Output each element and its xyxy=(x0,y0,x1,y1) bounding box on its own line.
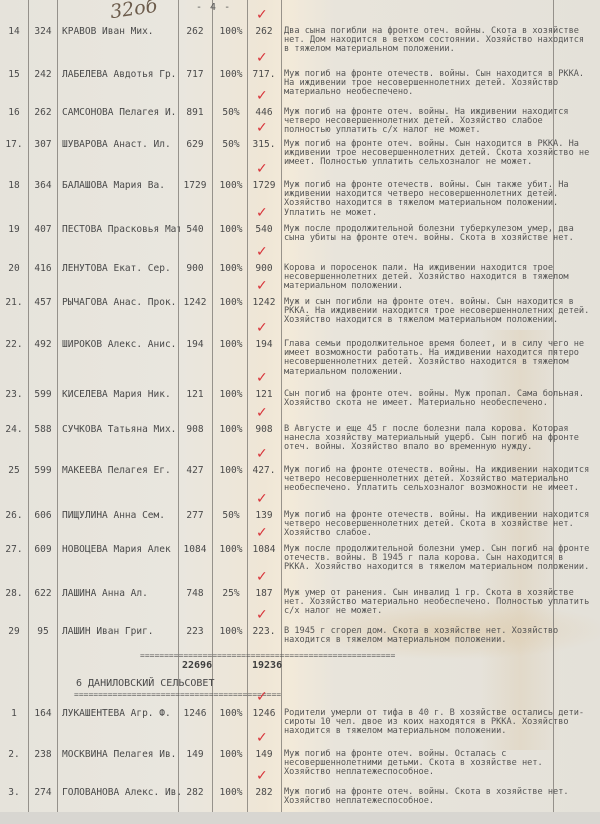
row-number: 17. xyxy=(2,140,26,150)
taxpayer-name: МАКЕЕВА Пелагея Ег. xyxy=(62,466,180,476)
relief-amount: 540 xyxy=(249,225,279,235)
column-rule xyxy=(28,0,29,824)
reason-text: Муж после продолжительной болезни умер. … xyxy=(284,545,594,573)
taxpayer-name: МОСКВИНА Пелагея Ив. xyxy=(62,750,180,760)
household-id: 457 xyxy=(30,298,56,308)
red-check-mark-icon: ✓ xyxy=(256,491,268,507)
taxpayer-name: РЫЧАГОВА Анас. Прок. xyxy=(62,298,180,308)
relief-percent: 25% xyxy=(214,589,248,599)
row-number: 21. xyxy=(2,298,26,308)
reason-text: Муж погиб на фронте отеч. войны. Сын нах… xyxy=(284,140,594,168)
relief-percent: 100% xyxy=(214,264,248,274)
reason-text: Муж умер от ранения. Сын инвалид 1 гр. С… xyxy=(284,589,594,617)
household-id: 599 xyxy=(30,466,56,476)
taxpayer-name: ШИРОКОВ Алекс. Анис. xyxy=(62,340,180,350)
household-id: 416 xyxy=(30,264,56,274)
red-check-mark-icon: ✓ xyxy=(256,320,268,336)
row-number: 24. xyxy=(2,425,26,435)
household-id: 622 xyxy=(30,589,56,599)
reason-text: Муж погиб на фронте отеч. войны. Осталас… xyxy=(284,750,594,778)
taxpayer-name: ЛАШИНА Анна Ал. xyxy=(62,589,180,599)
relief-percent: 50% xyxy=(214,511,248,521)
taxpayer-name: ЛЕНУТОВА Екат. Сер. xyxy=(62,264,180,274)
household-id: 324 xyxy=(30,27,56,37)
row-number: 23. xyxy=(2,390,26,400)
reason-text: Муж погиб на фронте отеч. войны. На ижди… xyxy=(284,108,594,136)
assessed-tax: 282 xyxy=(180,788,210,798)
red-check-mark-icon: ✓ xyxy=(256,569,268,585)
taxpayer-name: НОВОЦЕВА Мария Алек xyxy=(62,545,180,555)
household-id: 407 xyxy=(30,225,56,235)
row-number: 26. xyxy=(2,511,26,521)
household-id: 609 xyxy=(30,545,56,555)
household-id: 95 xyxy=(30,627,56,637)
column-rule xyxy=(212,0,213,824)
assessed-tax: 1246 xyxy=(180,709,210,719)
row-number: 1 xyxy=(2,709,26,719)
row-number: 22. xyxy=(2,340,26,350)
red-check-mark-icon: ✓ xyxy=(256,768,268,784)
household-id: 492 xyxy=(30,340,56,350)
household-id: 274 xyxy=(30,788,56,798)
row-number: 2. xyxy=(2,750,26,760)
taxpayer-name: БАЛАШОВА Мария Ва. xyxy=(62,181,180,191)
reason-text: Муж погиб на фронте отечеств. войны. На … xyxy=(284,511,594,539)
relief-amount: 187 xyxy=(249,589,279,599)
row-number: 27. xyxy=(2,545,26,555)
assessed-tax: 908 xyxy=(180,425,210,435)
household-id: 262 xyxy=(30,108,56,118)
red-check-mark-icon: ✓ xyxy=(256,88,268,104)
section-title: 6 ДАНИЛОВСКИЙ СЕЛЬСОВЕТ xyxy=(76,678,214,689)
assessed-tax: 277 xyxy=(180,511,210,521)
relief-amount: 194 xyxy=(249,340,279,350)
assessed-tax: 1084 xyxy=(180,545,210,555)
relief-amount: 900 xyxy=(249,264,279,274)
assessed-tax: 1729 xyxy=(180,181,210,191)
red-check-mark-icon: ✓ xyxy=(256,7,268,23)
reason-text: Муж погиб на фронте отечеств. войны. Сын… xyxy=(284,70,594,98)
red-check-mark-icon: ✓ xyxy=(256,689,268,705)
red-check-mark-icon: ✓ xyxy=(256,120,268,136)
row-number: 25 xyxy=(2,466,26,476)
red-check-mark-icon: ✓ xyxy=(256,278,268,294)
relief-percent: 100% xyxy=(214,425,248,435)
column-rule xyxy=(247,0,248,824)
column-rule xyxy=(281,0,282,824)
assessed-tax: 900 xyxy=(180,264,210,274)
reason-text: Родители умерли от тифа в 40 г. В хозяйс… xyxy=(284,709,594,737)
household-id: 364 xyxy=(30,181,56,191)
red-check-mark-icon: ✓ xyxy=(256,525,268,541)
row-number: 14 xyxy=(2,27,26,37)
reason-text: В Августе и еще 45 г после болезни пала … xyxy=(284,425,594,453)
relief-percent: 100% xyxy=(214,298,248,308)
taxpayer-name: ЛУКАШЕНТЕВА Агр. Ф. xyxy=(62,709,180,719)
red-check-mark-icon: ✓ xyxy=(256,607,268,623)
household-id: 238 xyxy=(30,750,56,760)
assessed-tax: 427 xyxy=(180,466,210,476)
taxpayer-name: ПИЩУЛИНА Анна Сем. xyxy=(62,511,180,521)
total-sum: 22696 xyxy=(182,660,212,671)
red-check-mark-icon: ✓ xyxy=(256,50,268,66)
relief-amount: 315. xyxy=(249,140,279,150)
taxpayer-name: ГОЛОВАНОВА Алекс. Ив. xyxy=(62,788,180,798)
reason-text: Сын погиб на фронте отеч. войны. Муж про… xyxy=(284,390,594,408)
taxpayer-name: КИСЕЛЕВА Мария Ник. xyxy=(62,390,180,400)
assessed-tax: 748 xyxy=(180,589,210,599)
row-number: 15 xyxy=(2,70,26,80)
household-id: 606 xyxy=(30,511,56,521)
relief-amount: 1084 xyxy=(249,545,279,555)
handwritten-page-note: 32об xyxy=(109,0,159,23)
reason-text: Муж погиб на фронте отечеств. войны. На … xyxy=(284,466,594,494)
relief-amount: 223. xyxy=(249,627,279,637)
total-result: 19236 xyxy=(252,660,282,671)
assessed-tax: 629 xyxy=(180,140,210,150)
row-number: 3. xyxy=(2,788,26,798)
relief-amount: 908 xyxy=(249,425,279,435)
section-underline: ========================================… xyxy=(74,690,281,699)
reason-text: Муж после продолжительной болезни туберк… xyxy=(284,225,594,243)
relief-percent: 100% xyxy=(214,627,248,637)
assessed-tax: 1242 xyxy=(180,298,210,308)
row-number: 28. xyxy=(2,589,26,599)
reason-text: Муж погиб на фронте отечеств. войны. Сын… xyxy=(284,181,594,218)
taxpayer-name: КРАВОВ Иван Мих. xyxy=(62,27,180,37)
total-rule: ========================================… xyxy=(140,651,395,660)
relief-percent: 100% xyxy=(214,750,248,760)
reason-text: Два сына погибли на фронте отеч. войны. … xyxy=(284,27,594,55)
household-id: 599 xyxy=(30,390,56,400)
relief-percent: 100% xyxy=(214,70,248,80)
taxpayer-name: ЛАШИН Иван Григ. xyxy=(62,627,180,637)
column-rule xyxy=(57,0,58,824)
relief-percent: 100% xyxy=(214,709,248,719)
row-number: 19 xyxy=(2,225,26,235)
row-number: 16 xyxy=(2,108,26,118)
reason-text: Муж погиб на фронте отеч. войны. Скота в… xyxy=(284,788,594,806)
red-check-mark-icon: ✓ xyxy=(256,370,268,386)
row-number: 18 xyxy=(2,181,26,191)
taxpayer-name: СУЧКОВА Татьяна Мих. xyxy=(62,425,180,435)
relief-percent: 100% xyxy=(214,181,248,191)
relief-percent: 100% xyxy=(214,466,248,476)
reason-text: Корова и поросенок пали. На иждивении на… xyxy=(284,264,594,292)
household-id: 242 xyxy=(30,70,56,80)
red-check-mark-icon: ✓ xyxy=(256,161,268,177)
taxpayer-name: ЛАБЕЛЕВА Авдотья Гр. xyxy=(62,70,180,80)
relief-amount: 262 xyxy=(249,27,279,37)
red-check-mark-icon: ✓ xyxy=(256,244,268,260)
red-check-mark-icon: ✓ xyxy=(256,730,268,746)
taxpayer-name: ШУВАРОВА Анаст. Ил. xyxy=(62,140,180,150)
relief-percent: 50% xyxy=(214,108,248,118)
relief-amount: 121 xyxy=(249,390,279,400)
relief-percent: 100% xyxy=(214,545,248,555)
assessed-tax: 262 xyxy=(180,27,210,37)
assessed-tax: 891 xyxy=(180,108,210,118)
red-check-mark-icon: ✓ xyxy=(256,446,268,462)
row-number: 29 xyxy=(2,627,26,637)
relief-amount: 282 xyxy=(249,788,279,798)
reason-text: В 1945 г сгорел дом. Скота в хозяйстве н… xyxy=(284,627,594,645)
relief-percent: 100% xyxy=(214,225,248,235)
assessed-tax: 223 xyxy=(180,627,210,637)
relief-amount: 1246 xyxy=(249,709,279,719)
relief-amount: 1242 xyxy=(249,298,279,308)
relief-amount: 1729 xyxy=(249,181,279,191)
relief-amount: 717. xyxy=(249,70,279,80)
relief-amount: 139 xyxy=(249,511,279,521)
scan-edge xyxy=(0,812,600,824)
relief-percent: 100% xyxy=(214,788,248,798)
assessed-tax: 194 xyxy=(180,340,210,350)
relief-percent: 100% xyxy=(214,390,248,400)
household-id: 164 xyxy=(30,709,56,719)
reason-text: Муж и сын погибли на фронте отеч. войны.… xyxy=(284,298,594,326)
reason-text: Глава семьи продолжительное время болеет… xyxy=(284,340,594,377)
assessed-tax: 717 xyxy=(180,70,210,80)
relief-percent: 100% xyxy=(214,27,248,37)
page-number: - 4 - xyxy=(196,2,231,13)
relief-amount: 446 xyxy=(249,108,279,118)
assessed-tax: 121 xyxy=(180,390,210,400)
relief-percent: 50% xyxy=(214,140,248,150)
assessed-tax: 149 xyxy=(180,750,210,760)
taxpayer-name: ПЕСТОВА Прасковья Мат xyxy=(62,225,180,235)
relief-amount: 149 xyxy=(249,750,279,760)
column-rule xyxy=(178,0,179,824)
row-number: 20 xyxy=(2,264,26,274)
red-check-mark-icon: ✓ xyxy=(256,405,268,421)
taxpayer-name: САМСОНОВА Пелагея И. xyxy=(62,108,180,118)
household-id: 307 xyxy=(30,140,56,150)
assessed-tax: 540 xyxy=(180,225,210,235)
relief-percent: 100% xyxy=(214,340,248,350)
household-id: 588 xyxy=(30,425,56,435)
red-check-mark-icon: ✓ xyxy=(256,205,268,221)
relief-amount: 427. xyxy=(249,466,279,476)
